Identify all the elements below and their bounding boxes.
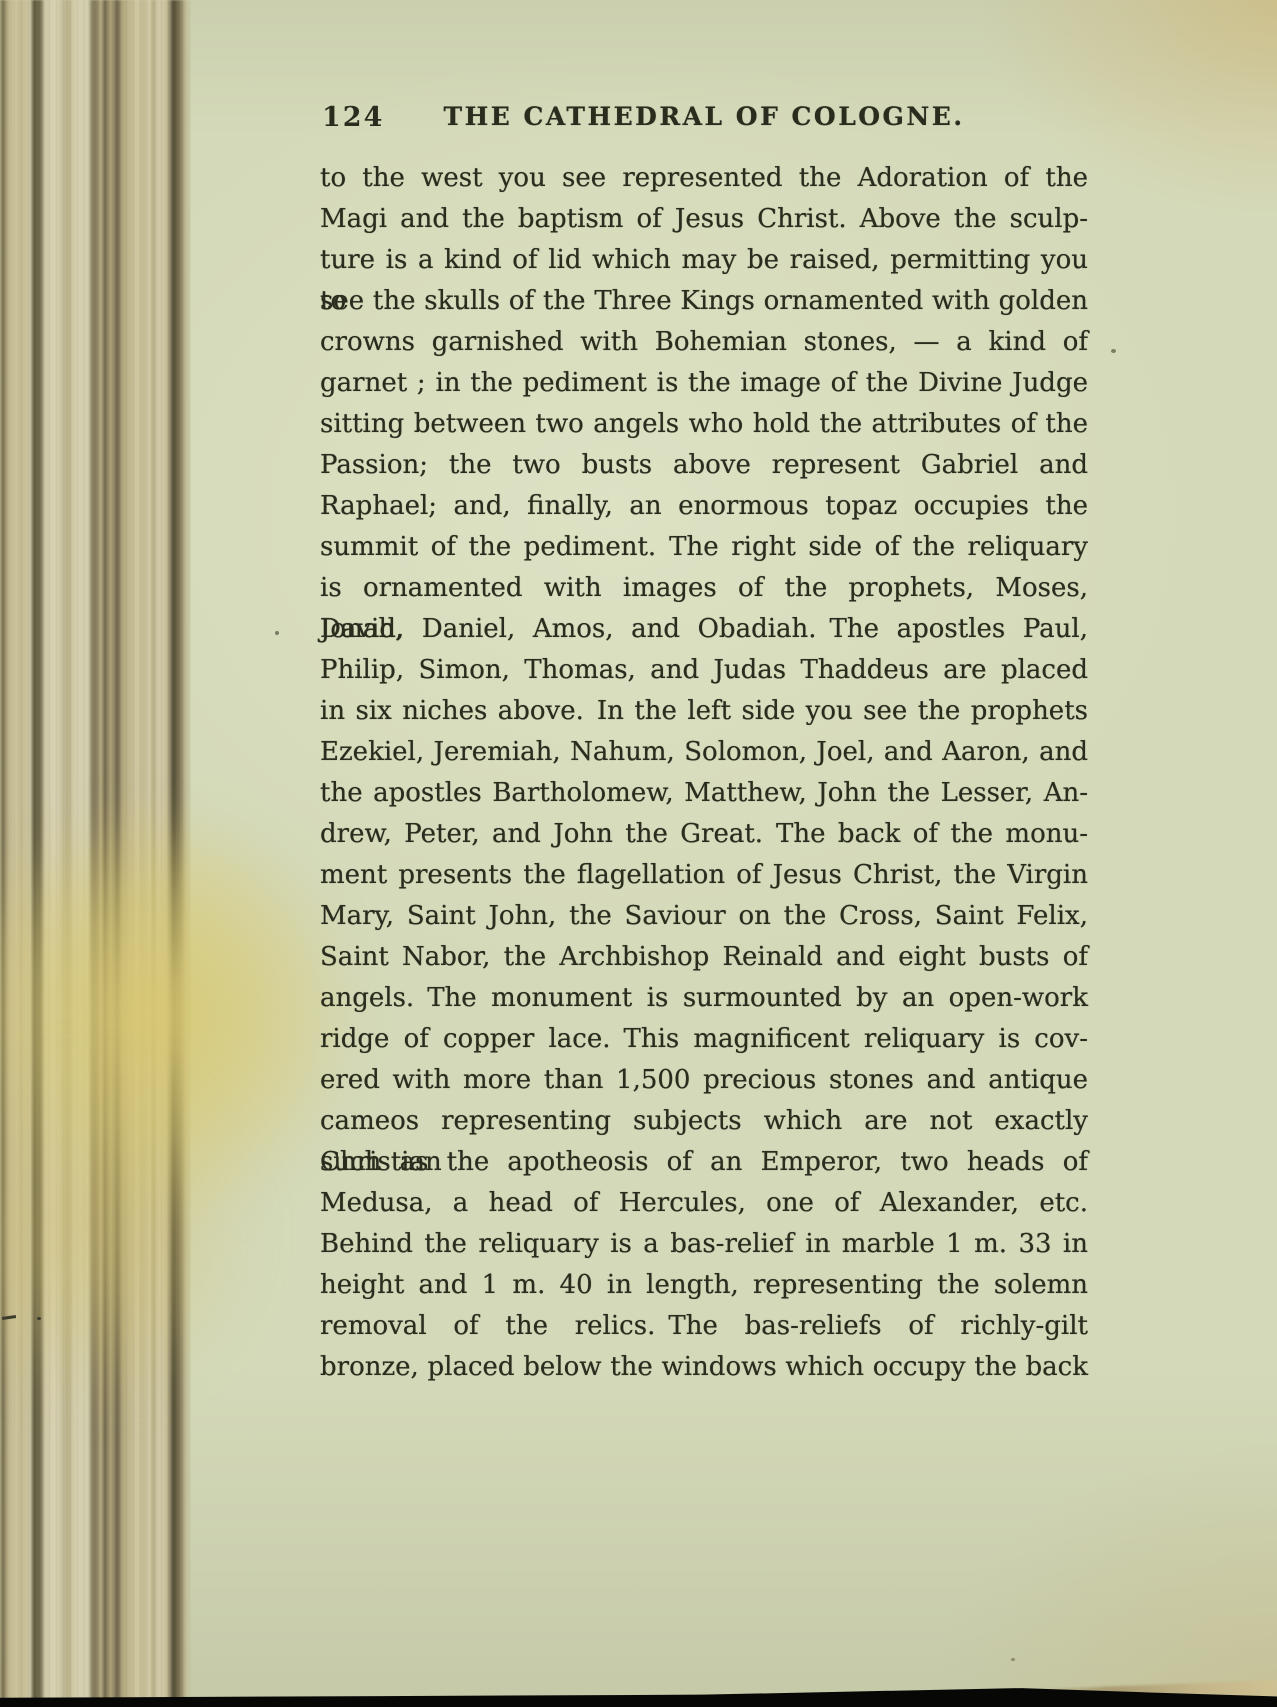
text-line: Behind the reliquary is a bas-relief in … [320, 1224, 1088, 1265]
text-line: angels. The monument is surmounted by an… [320, 978, 1088, 1019]
text-line: such as the apotheosis of an Emperor, tw… [320, 1142, 1088, 1183]
body-text: to the west you see represented the Ador… [320, 158, 1088, 1388]
running-title: THE CATHEDRAL OF COLOGNE. [443, 102, 964, 131]
text-line: Saint Nabor, the Archbishop Reinald and … [320, 937, 1088, 978]
text-line: Passion; the two busts above represent G… [320, 445, 1088, 486]
text-line: ment presents the flagellation of Jesus … [320, 855, 1088, 896]
text-line: Medusa, a head of Hercules, one of Alexa… [320, 1183, 1088, 1224]
margin-mark-dot [37, 1317, 41, 1320]
text-line: removal of the relics. The bas-reliefs o… [320, 1306, 1088, 1347]
text-line: see the skulls of the Three Kings orname… [320, 281, 1088, 322]
text-line: drew, Peter, and John the Great. The bac… [320, 814, 1088, 855]
text-line: garnet ; in the pediment is the image of… [320, 363, 1088, 404]
text-line: summit of the pediment. The right side o… [320, 527, 1088, 568]
page-header: 124 THE CATHEDRAL OF COLOGNE. [320, 100, 1088, 140]
text-line: David, Daniel, Amos, and Obadiah. The ap… [320, 609, 1088, 650]
page-number: 124 [322, 102, 384, 133]
paper-speck [1111, 349, 1116, 353]
text-line: sitting between two angels who hold the … [320, 404, 1088, 445]
text-line: height and 1 m. 40 in length, representi… [320, 1265, 1088, 1306]
scanned-book-page: 124 THE CATHEDRAL OF COLOGNE. to the wes… [0, 0, 1277, 1707]
text-line: in six niches above. In the left side yo… [320, 691, 1088, 732]
stacked-page-edges [0, 0, 190, 1707]
text-line: is ornamented with images of the prophet… [320, 568, 1088, 609]
text-line: crowns garnished with Bohemian stones, —… [320, 322, 1088, 363]
text-line: ered with more than 1,500 precious stone… [320, 1060, 1088, 1101]
text-line: ture is a kind of lid which may be raise… [320, 240, 1088, 281]
text-line: cameos representing subjects which are n… [320, 1101, 1088, 1142]
paper-speck [1011, 1658, 1015, 1661]
text-line: Mary, Saint John, the Saviour on the Cro… [320, 896, 1088, 937]
text-line: to the west you see represented the Ador… [320, 158, 1088, 199]
text-line: the apostles Bartholomew, Matthew, John … [320, 773, 1088, 814]
text-line: Raphael; and, finally, an enormous topaz… [320, 486, 1088, 527]
text-line: Magi and the baptism of Jesus Christ. Ab… [320, 199, 1088, 240]
text-line: bronze, placed below the windows which o… [320, 1347, 1088, 1388]
text-line: Philip, Simon, Thomas, and Judas Thaddeu… [320, 650, 1088, 691]
paper-speck [275, 631, 279, 635]
text-line: ridge of copper lace. This magnificent r… [320, 1019, 1088, 1060]
text-line: Ezekiel, Jeremiah, Nahum, Solomon, Joel,… [320, 732, 1088, 773]
